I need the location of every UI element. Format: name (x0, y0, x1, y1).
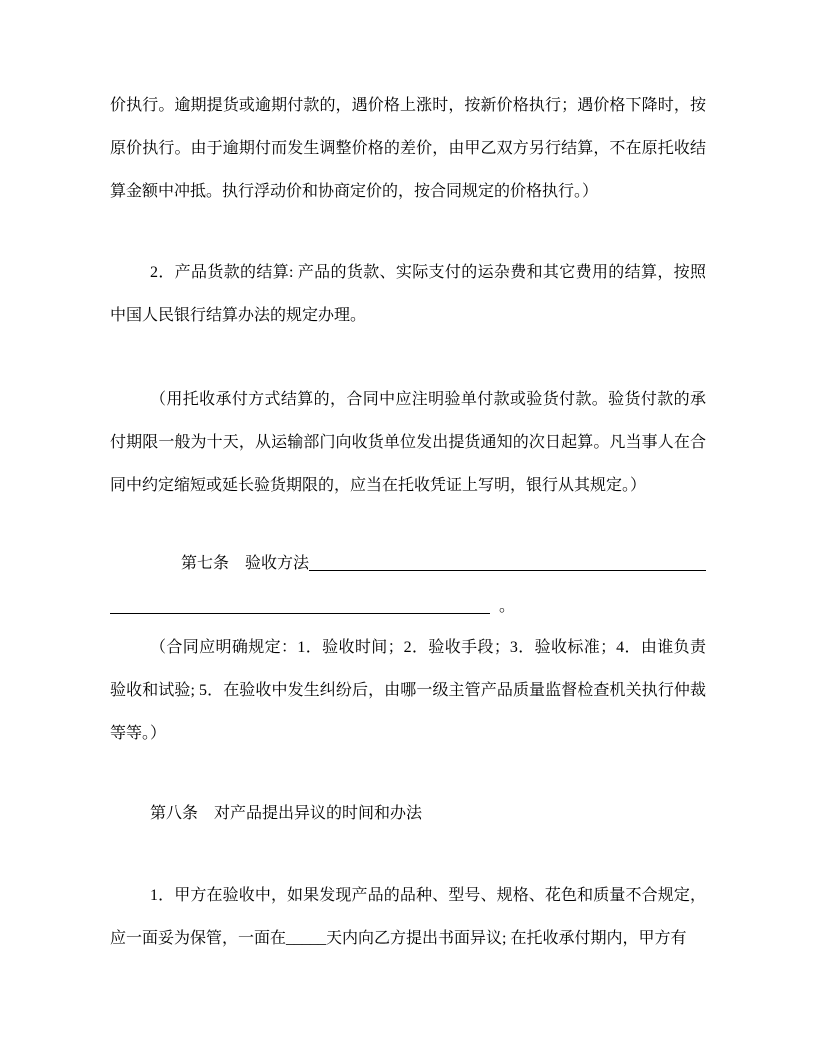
paragraph-payment-settlement: 2．产品货款的结算: 产品的货款、实际支付的运杂费和其它费用的结算，按照中国人民… (110, 251, 706, 337)
paragraph-objection: 1．甲方在验收中，如果发现产品的品种、型号、规格、花色和质量不合规定，应一面妥为… (110, 874, 706, 960)
paragraph-inspection-note: （合同应明确规定：1．验收时间；2．验收手段；3．验收标准；4．由谁负责验收和试… (110, 626, 706, 755)
clause7-fill-blank-1[interactable] (309, 542, 706, 571)
contract-document-page: 价执行。逾期提货或逾期付款的，遇价格上涨时，按新价格执行；遇价格下降时，按原价执… (0, 0, 816, 1056)
clause7-trailing-period: 。 (499, 585, 515, 628)
clause7-fill-line: 。 (110, 585, 706, 628)
clause7-heading-line: 第七条 验收方法 (110, 542, 706, 585)
clause8-heading: 第八条 对产品提出异议的时间和办法 (110, 792, 706, 835)
paragraph-collection-acceptance-note: （用托收承付方式结算的，合同中应注明验单付款或验货付款。验货付款的承付期限一般为… (110, 378, 706, 507)
paragraph-price-execution: 价执行。逾期提货或逾期付款的，遇价格上涨时，按新价格执行；遇价格下降时，按原价执… (110, 84, 706, 213)
clause7-heading: 第七条 验收方法 (181, 542, 309, 585)
clause7-fill-blank-2[interactable] (110, 585, 490, 614)
